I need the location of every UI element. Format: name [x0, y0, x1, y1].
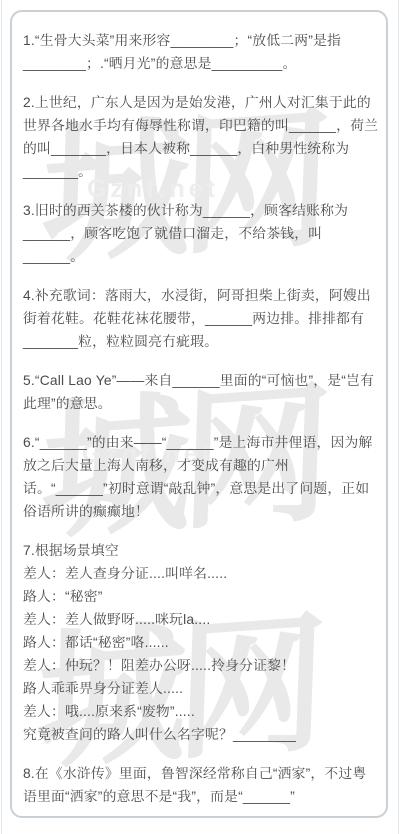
- question-7: 7.根据场景填空 差人：差人查身分证....叫咩名..... 路人：“秘密” 差…: [23, 539, 378, 746]
- question-4: 4.补充歌词：落雨大，水浸街，阿哥担柴上街卖，阿嫂出 街着花鞋。花鞋花袜花腰带，…: [23, 284, 378, 353]
- question-2: 2.上世纪，广东人是因为是始发港，广州人对汇集于此的 世界各地水手均有侮辱性称谓…: [23, 91, 378, 183]
- question-3: 3.旧时的西关茶楼的伙计称为______，顾客结账称为 ______，顾客吃饱了…: [23, 199, 378, 268]
- quiz-page: 城网 Gznf.net 城网 Gznf.net 城网 1.“生骨大头菜”用来形容…: [0, 0, 400, 834]
- question-5: 5.“Call Lao Ye”——来自______里面的“可恼也”，是“岂有 此…: [23, 369, 378, 415]
- left-edge-line: [1, 0, 2, 834]
- question-1: 1.“生骨大头菜”用来形容________；“放低二两”是指 ________；…: [23, 29, 378, 75]
- quiz-content: 1.“生骨大头菜”用来形容________；“放低二两”是指 ________；…: [23, 29, 378, 808]
- question-6: 6.“______”的由来——“______”是上海市井俚语，因为解 放之后大量…: [23, 431, 378, 523]
- right-edge-line: [398, 0, 399, 834]
- quiz-card: 城网 Gznf.net 城网 Gznf.net 城网 1.“生骨大头菜”用来形容…: [10, 10, 388, 818]
- question-8: 8.在《水浒传》里面，鲁智深经常称自己“洒家”，不过粤 语里面“洒家”的意思不是…: [23, 762, 378, 808]
